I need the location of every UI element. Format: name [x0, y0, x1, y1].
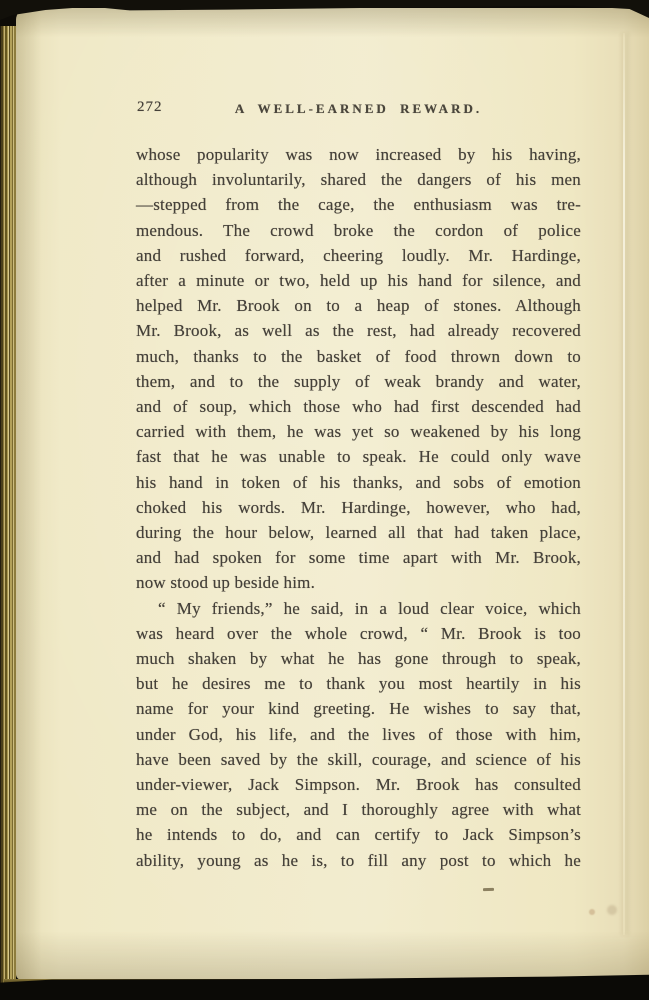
page-crease	[623, 33, 625, 935]
text-line: he intends to do, and can certify to Jac…	[136, 822, 581, 847]
text-line: have been saved by the skill, courage, a…	[136, 747, 581, 772]
text-line: carried with them, he was yet so weakene…	[136, 419, 581, 444]
page-body: whose popularity was now increased by hi…	[136, 142, 581, 873]
text-line: although involuntarily, shared the dange…	[136, 167, 581, 192]
page-number: 272	[137, 99, 163, 116]
text-line: whose popularity was now increased by hi…	[136, 142, 581, 167]
text-line: name for your kind greeting. He wishes t…	[136, 696, 581, 721]
scan-artifact-smudge	[607, 905, 617, 915]
text-line: ability, young as he is, to fill any pos…	[136, 848, 581, 873]
paragraph: whose popularity was now increased by hi…	[136, 142, 581, 596]
text-line: and had spoken for some time apart with …	[136, 545, 581, 570]
text-block: 272 A WELL-EARNED REWARD. whose populari…	[136, 98, 581, 873]
text-line: under God, his life, and the lives of th…	[136, 722, 581, 747]
text-line: me on the subject, and I thoroughly agre…	[136, 797, 581, 822]
text-line: was heard over the whole crowd, “ Mr. Br…	[136, 621, 581, 646]
text-line: during the hour below, learned all that …	[136, 520, 581, 545]
text-line: much shaken by what he has gone through …	[136, 646, 581, 671]
text-line: helped Mr. Brook on to a heap of stones.…	[136, 293, 581, 318]
text-line: and rushed forward, cheering loudly. Mr.…	[136, 243, 581, 268]
text-line: fast that he was unable to speak. He cou…	[136, 444, 581, 469]
text-line: “ My friends,” he said, in a loud clear …	[136, 596, 581, 621]
scan-artifact-smudge	[589, 909, 595, 915]
text-line: choked his words. Mr. Hardinge, however,…	[136, 495, 581, 520]
page-header: 272 A WELL-EARNED REWARD.	[136, 98, 581, 120]
book-scan: 272 A WELL-EARNED REWARD. whose populari…	[0, 0, 649, 1000]
running-header: A WELL-EARNED REWARD.	[136, 98, 581, 117]
text-line: —stepped from the cage, the enthusiasm w…	[136, 192, 581, 217]
text-line: much, thanks to the basket of food throw…	[136, 344, 581, 369]
text-line: and of soup, which those who had first d…	[136, 394, 581, 419]
scan-artifact-dash	[483, 888, 494, 891]
text-line: them, and to the supply of weak brandy a…	[136, 369, 581, 394]
text-line: mendous. The crowd broke the cordon of p…	[136, 218, 581, 243]
text-line: after a minute or two, held up his hand …	[136, 268, 581, 293]
paragraph: “ My friends,” he said, in a loud clear …	[136, 596, 581, 873]
scanned-page: 272 A WELL-EARNED REWARD. whose populari…	[16, 8, 649, 980]
text-line: but he desires me to thank you most hear…	[136, 671, 581, 696]
page-edges-left	[0, 26, 16, 984]
text-line: under-viewer, Jack Simpson. Mr. Brook ha…	[136, 772, 581, 797]
text-line: now stood up beside him.	[136, 570, 581, 595]
text-line: his hand in token of his thanks, and sob…	[136, 470, 581, 495]
text-line: Mr. Brook, as well as the rest, had alre…	[136, 318, 581, 343]
